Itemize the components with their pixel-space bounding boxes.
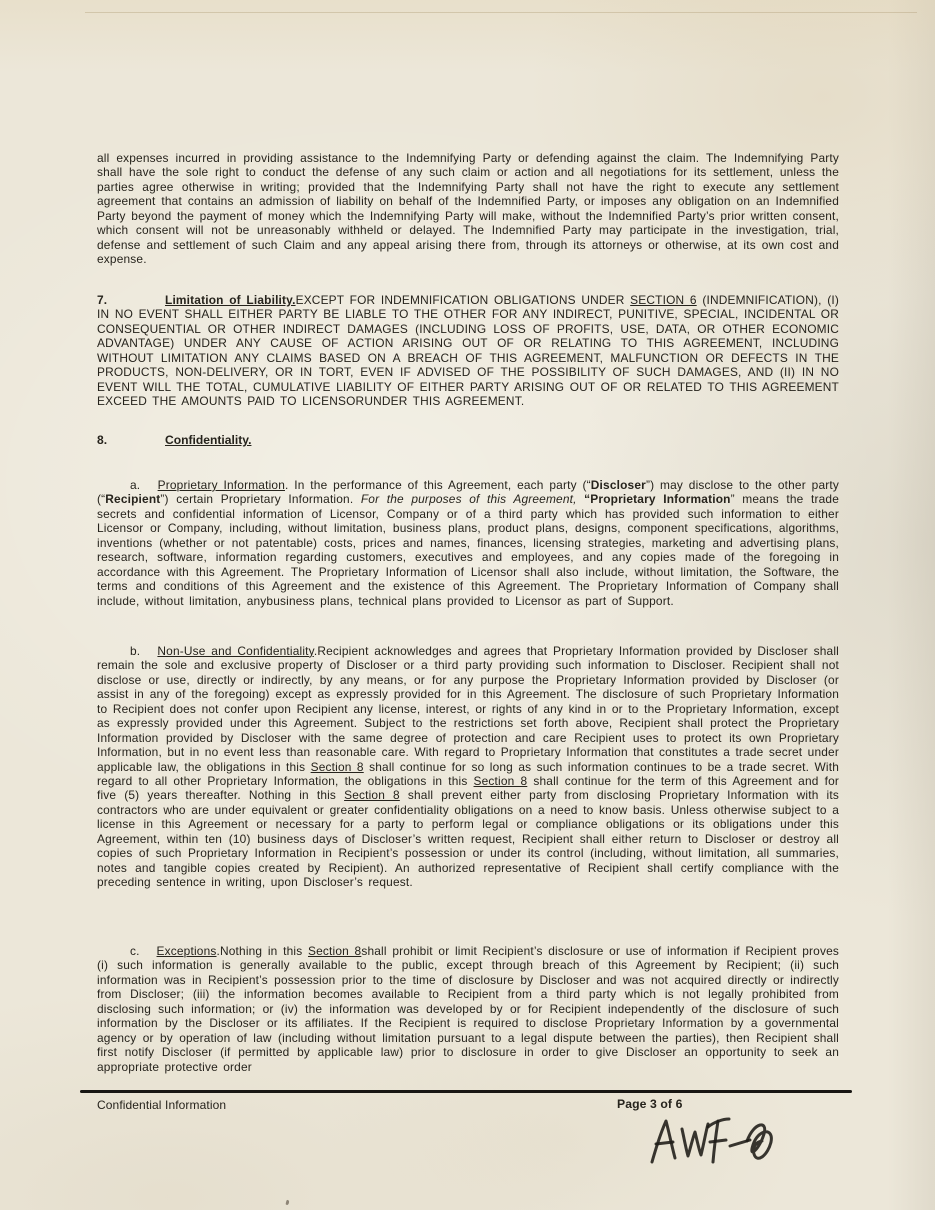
footer-divider-rule: [80, 1090, 852, 1093]
section-7-body: EXCEPT FOR INDEMNIFICATION OBLIGATIONS U…: [97, 293, 839, 408]
scan-edge-artifact: [85, 12, 917, 13]
section-8-heading: Confidentiality.: [165, 433, 251, 447]
paragraph-indemnification-continuation: all expenses incurred in providing assis…: [97, 151, 839, 267]
scanned-contract-page: { "colors": { "paper": "#ece7d9", "ink":…: [0, 0, 935, 1210]
handwritten-initials-signature: [644, 1110, 784, 1176]
footer-page-number: Page 3 of 6: [617, 1097, 682, 1111]
section-7-number: 7.: [97, 293, 165, 307]
paragraph-8c-exceptions: c. Exceptions.Nothing in this Section 8s…: [97, 944, 839, 1074]
footer-confidential-label: Confidential Information: [97, 1098, 226, 1112]
section-8-number: 8.: [97, 433, 165, 447]
paragraph-8b-non-use-and-confidentiality: b. Non-Use and Confidentiality.Recipient…: [97, 644, 839, 890]
section-8-heading-line: 8.Confidentiality.: [97, 433, 251, 447]
paragraph-8a-proprietary-information: a. Proprietary Information. In the perfo…: [97, 478, 839, 608]
section-7-heading: Limitation of Liability.: [165, 293, 296, 307]
section-7-limitation-of-liability: 7.Limitation of Liability.EXCEPT FOR IND…: [97, 293, 839, 409]
